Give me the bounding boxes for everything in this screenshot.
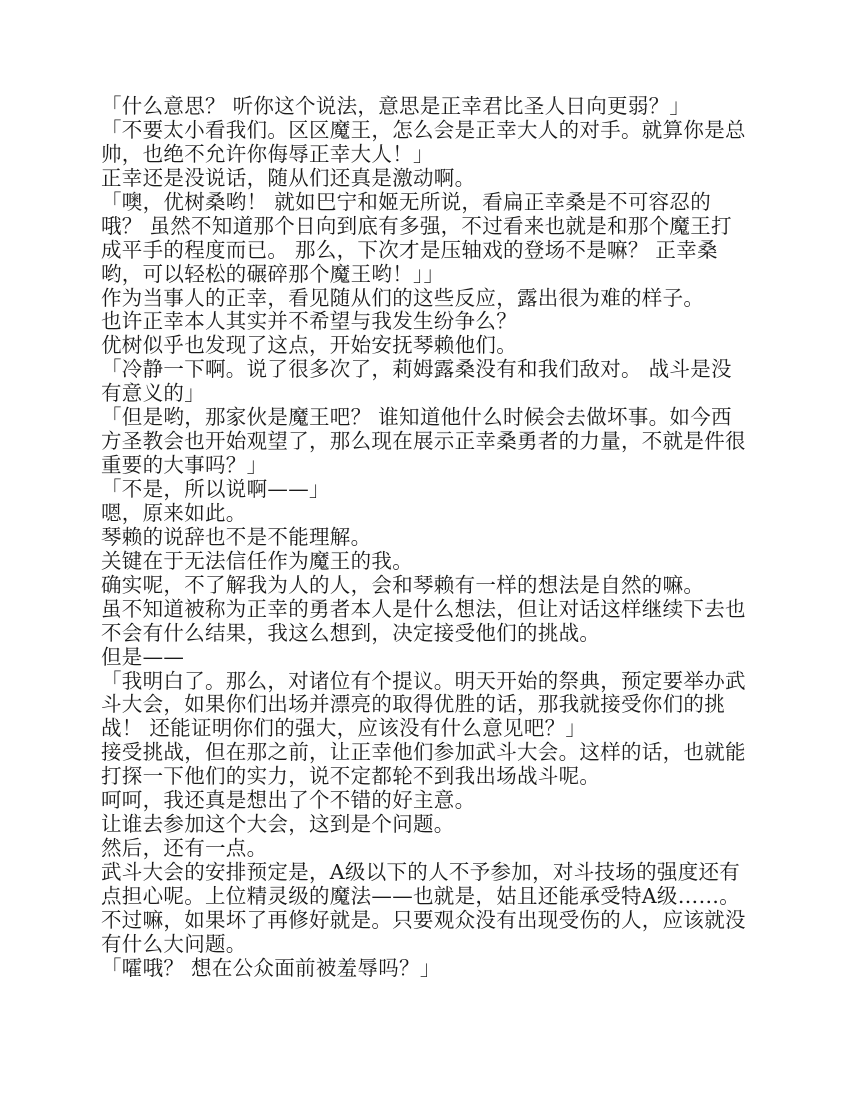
text-line: 正幸还是没说话，随从们还真是激动啊。: [101, 167, 751, 191]
text-line: 但是——: [101, 646, 751, 670]
text-line: 也许正幸本人其实并不希望与我发生纷争么？: [101, 310, 751, 334]
text-line: 打探一下他们的实力，说不定都轮不到我出场战斗呢。: [101, 765, 751, 789]
text-line: 让谁去参加这个大会，这到是个问题。: [101, 813, 751, 837]
text-line: 「不是，所以说啊——」: [101, 478, 751, 502]
text-line: 「噢，优树桑哟！ 就如巴宁和姬无所说，看扁正幸桑是不可容忍的: [101, 191, 751, 215]
text-line: 接受挑战，但在那之前，让正幸他们参加武斗大会。这样的话，也就能: [101, 741, 751, 765]
text-line: 成平手的程度而已。 那么，下次才是压轴戏的登场不是嘛？ 正幸桑: [101, 239, 751, 263]
text-line: 点担心呢。上位精灵级的魔法——也就是，姑且还能承受特A级……。: [101, 885, 751, 909]
text-line: 哦？ 虽然不知道那个日向到底有多强，不过看来也就是和那个魔王打: [101, 215, 751, 239]
text-line: 「嚯哦？ 想在公众面前被羞辱吗？」: [101, 957, 751, 981]
text-line: 武斗大会的安排预定是，A级以下的人不予参加，对斗技场的强度还有: [101, 861, 751, 885]
text-line: 不会有什么结果，我这么想到，决定接受他们的挑战。: [101, 622, 751, 646]
text-line: 「我明白了。那么，对诸位有个提议。明天开始的祭典，预定要举办武: [101, 670, 751, 694]
text-line: 方圣教会也开始观望了，那么现在展示正幸桑勇者的力量，不就是件很: [101, 430, 751, 454]
text-line: 斗大会，如果你们出场并漂亮的取得优胜的话，那我就接受你们的挑: [101, 693, 751, 717]
text-line: 哟，可以轻松的碾碎那个魔王哟！」」: [101, 263, 751, 287]
text-line: 重要的大事吗？」: [101, 454, 751, 478]
text-line: 不过嘛，如果坏了再修好就是。只要观众没有出现受伤的人，应该就没: [101, 909, 751, 933]
text-line: 确实呢，不了解我为人的人，会和琴赖有一样的想法是自然的嘛。: [101, 574, 751, 598]
text-line: 战！ 还能证明你们的强大，应该没有什么意见吧？」: [101, 717, 751, 741]
text-line: 呵呵，我还真是想出了个不错的好主意。: [101, 789, 751, 813]
text-line: 关键在于无法信任作为魔王的我。: [101, 550, 751, 574]
text-line: 「冷静一下啊。说了很多次了，莉姆露桑没有和我们敌对。 战斗是没: [101, 358, 751, 382]
text-line: 虽不知道被称为正幸的勇者本人是什么想法，但让对话这样继续下去也: [101, 598, 751, 622]
text-line: 「但是哟，那家伙是魔王吧？ 谁知道他什么时候会去做坏事。如今西: [101, 406, 751, 430]
text-line: 然后，还有一点。: [101, 837, 751, 861]
text-line: 有什么大问题。: [101, 933, 751, 957]
text-line: 作为当事人的正幸，看见随从们的这些反应，露出很为难的样子。: [101, 287, 751, 311]
text-line: 琴赖的说辞也不是不能理解。: [101, 526, 751, 550]
text-line: 「不要太小看我们。区区魔王，怎么会是正幸大人的对手。就算你是总: [101, 119, 751, 143]
text-line: 「什么意思？ 听你这个说法，意思是正幸君比圣人日向更弱？」: [101, 95, 751, 119]
text-line: 优树似乎也发现了这点，开始安抚琴赖他们。: [101, 334, 751, 358]
text-line: 嗯，原来如此。: [101, 502, 751, 526]
document-page: 「什么意思？ 听你这个说法，意思是正幸君比圣人日向更弱？」 「不要太小看我们。区…: [101, 95, 751, 981]
text-line: 有意义的」: [101, 382, 751, 406]
text-line: 帅，也绝不允许你侮辱正幸大人！」: [101, 143, 751, 167]
